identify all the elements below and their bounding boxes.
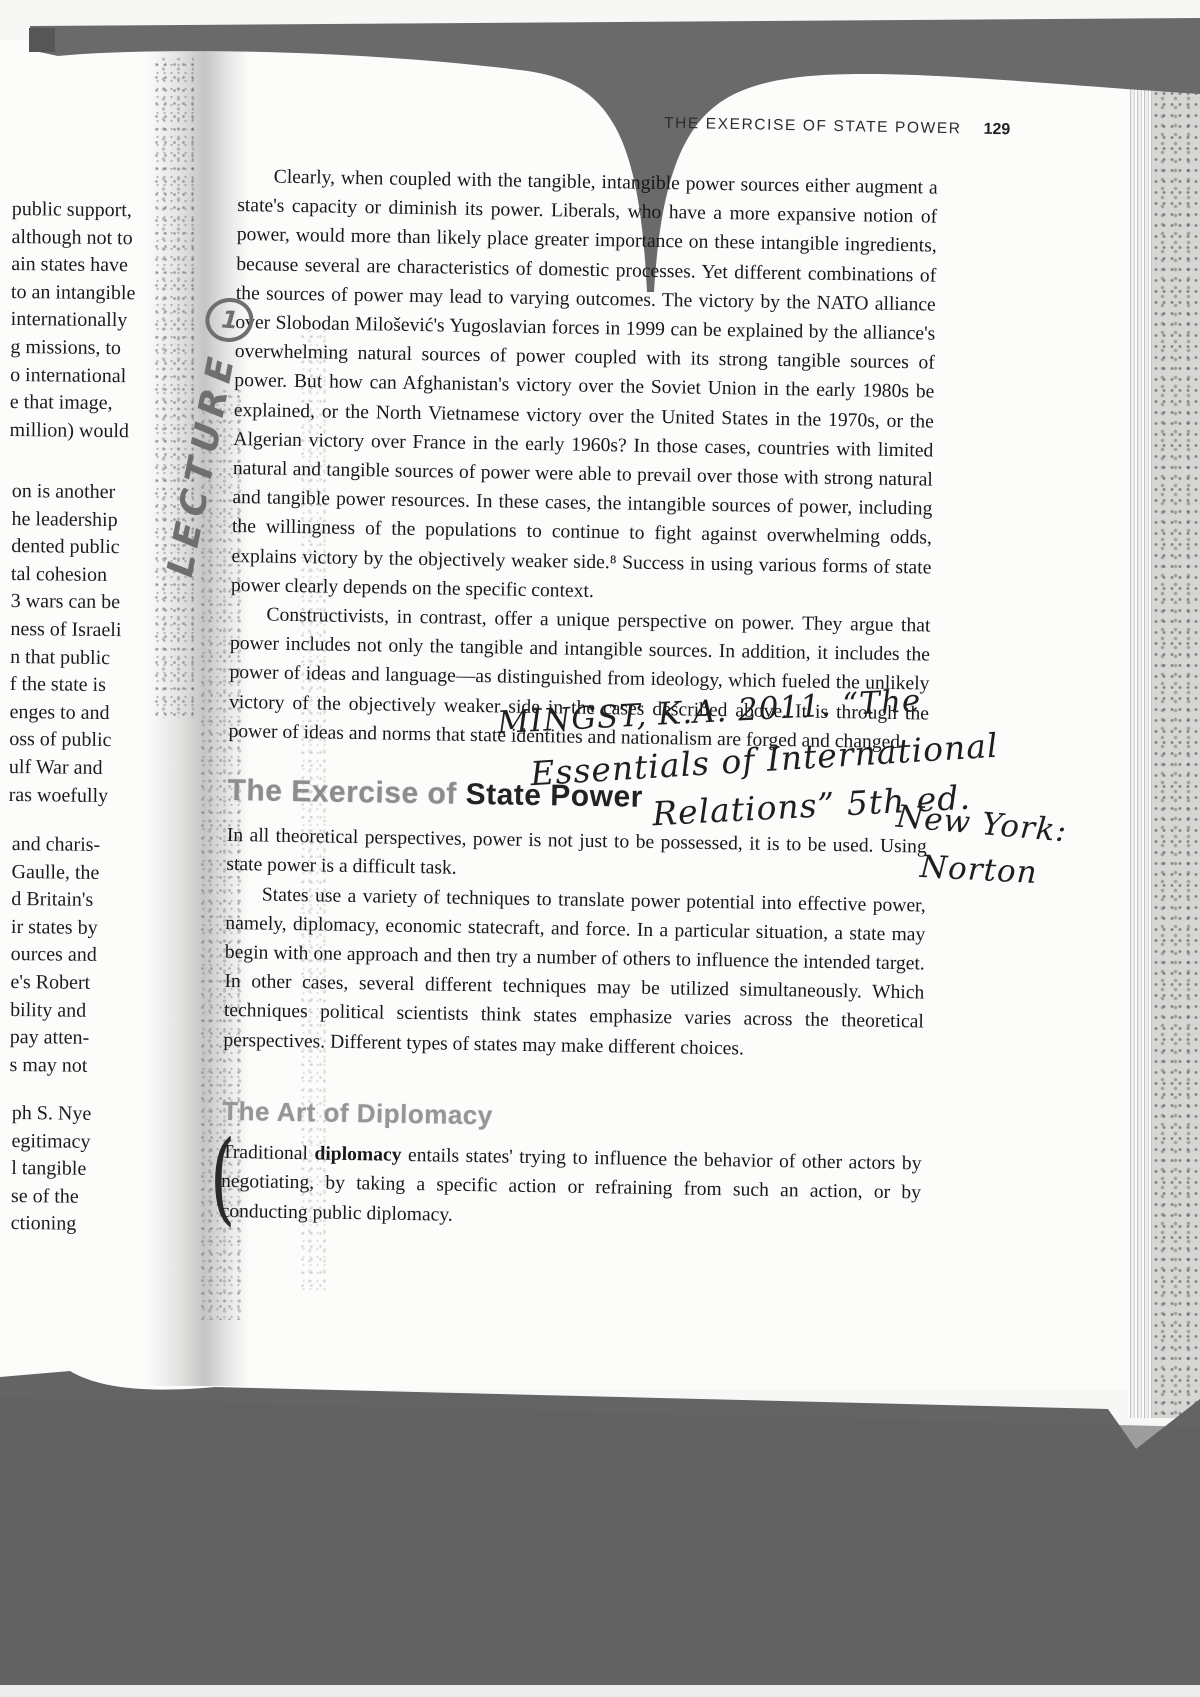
left-page-fragment-4: ph S. Nye egitimacy l tangible se of the… [11,1100,168,1240]
left-page-line: dented public [11,533,167,562]
left-page-line: o international [10,362,166,391]
paragraph-techniques: States use a variety of techniques to tr… [223,880,926,1067]
handwritten-citation-line: Norton [919,849,1038,891]
left-page-line: egitimacy [11,1128,167,1157]
left-page-line: e's Robert [10,969,166,998]
left-page-line: se of the [11,1183,167,1212]
left-page-line: ness of Israeli [10,616,166,645]
left-page-line: public support, [12,196,168,225]
paragraph-intangible-power: Clearly, when coupled with the tangible,… [231,162,938,612]
diplomacy-text: Traditional [221,1142,314,1165]
left-page-line: ources and [11,941,167,970]
left-page-line: enges to and [9,699,165,728]
left-page-line: s may not [9,1052,165,1081]
left-page-line: d Britain's [11,886,167,915]
left-page-line: and charis- [12,831,168,860]
left-page-line: Gaulle, the [11,859,167,888]
left-page-line: ctioning [11,1210,167,1239]
left-page-fragment-2: on is another he leadership dented publi… [9,478,168,811]
diplomacy-keyword: diplomacy [314,1143,401,1165]
left-page-line: 3 wars can be [11,588,167,617]
left-page-line: n that public [10,644,166,673]
handwritten-margin-brace: ( [210,1128,235,1228]
left-page-line: pay atten- [10,1024,166,1053]
scan-bottom-margin [0,1685,1200,1697]
left-page-line: ph S. Nye [12,1100,168,1129]
left-page-line: ras woefully [9,782,165,811]
left-page-fragment-1: public support, although not to ain stat… [9,196,168,446]
left-page-line: tal cohesion [11,561,167,590]
left-page-line: although not to [11,224,167,253]
left-page-line: bility and [10,997,166,1026]
circled-number: 1 [203,295,256,345]
left-page-line: oss of public [9,726,165,755]
left-page-line: ir states by [11,914,167,943]
left-page-line: f the state is [10,671,166,700]
left-page-line: l tangible [11,1155,167,1184]
left-page-line: e that image, [10,389,166,418]
left-page-line: ain states have [11,251,167,280]
left-page-line: he leadership [11,506,167,535]
lecture-number: 1 [220,305,239,334]
left-page-line: internationally [11,306,167,335]
scanned-book-page: public support, although not to ain stat… [0,0,1200,1697]
subsection-heading-diplomacy: The Art of Diplomacy [222,1097,922,1138]
page-number: 129 [983,121,1010,140]
left-page-line: ulf War and [9,754,165,783]
left-page-line: to an intangible [11,279,167,308]
left-page-fragment-3: and charis- Gaulle, the d Britain's ir s… [9,831,168,1081]
left-page-line: on is another [12,478,168,507]
left-page-line: million) would [9,417,165,446]
section-heading-faded: The Exercise of [227,774,457,811]
left-page-line: g missions, to [10,334,166,363]
scanner-bottom-band [0,1337,1200,1697]
paragraph-traditional-diplomacy: Traditional diplomacy entails states' tr… [220,1138,921,1237]
